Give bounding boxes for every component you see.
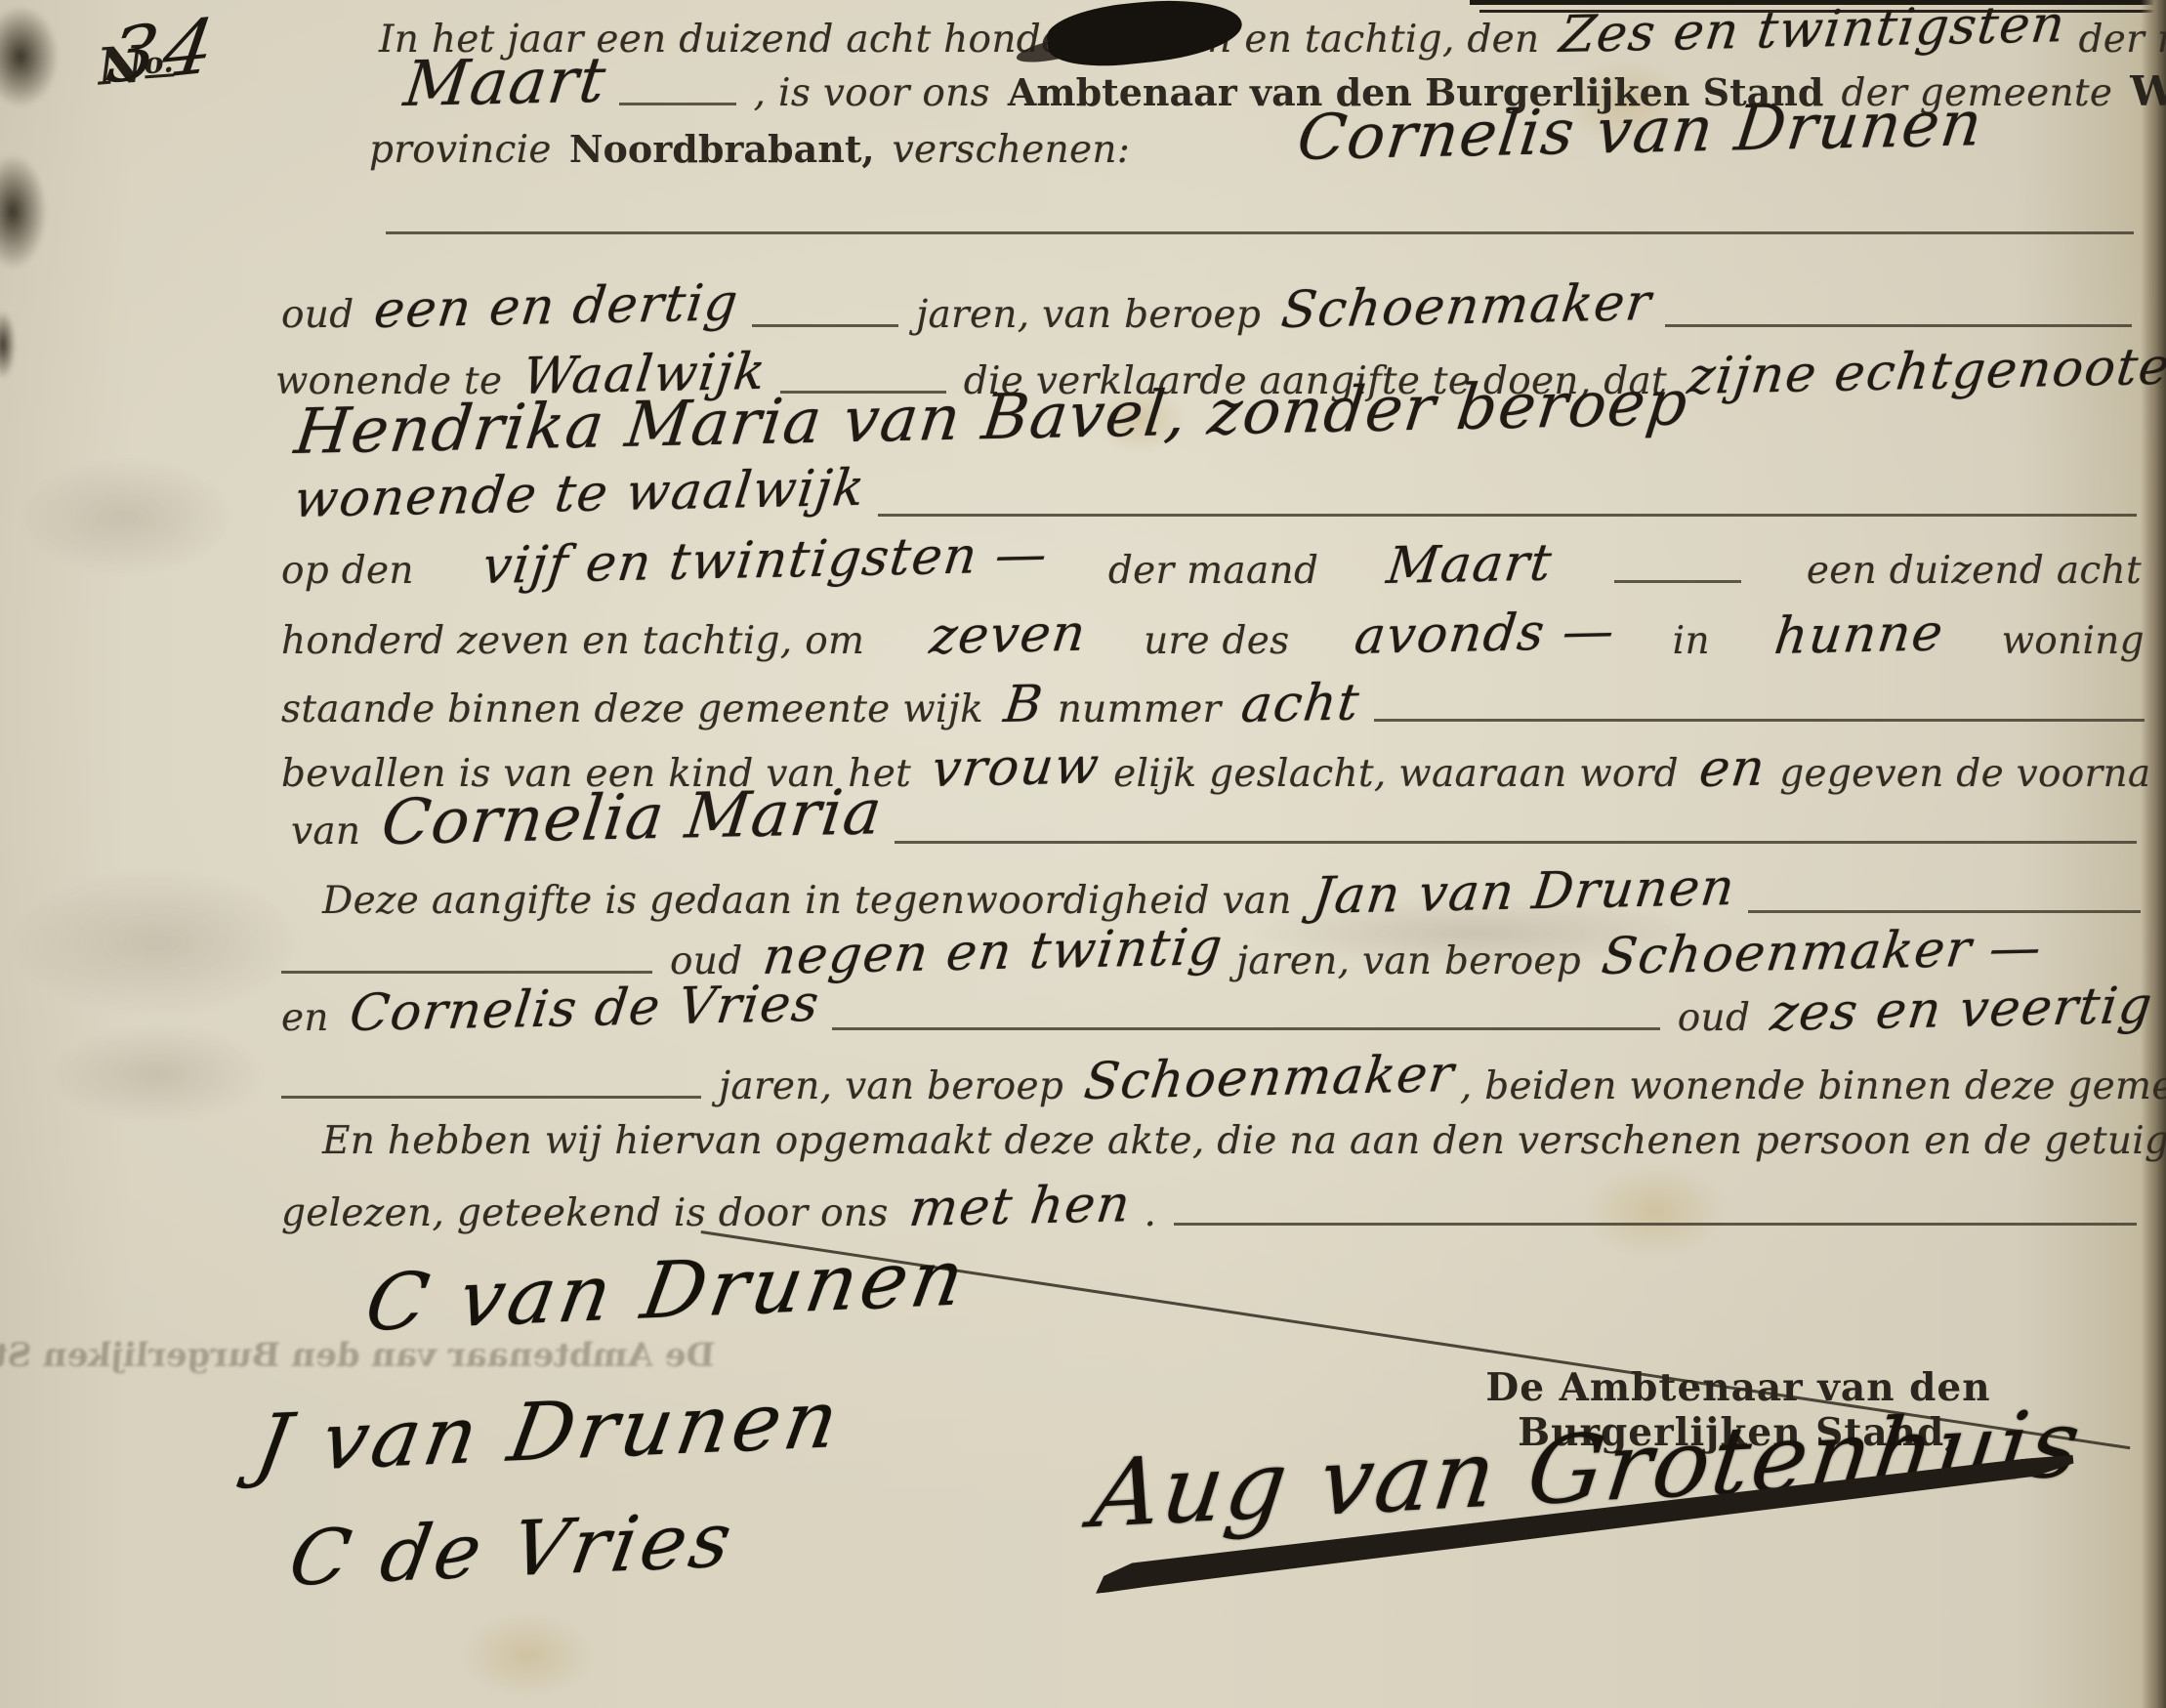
paper-stain (459, 1611, 596, 1699)
entry-whose-dwelling: hunne (1771, 604, 1947, 666)
act-line-birth-time: honderd zeven en tachtig, om zeven ure d… (281, 607, 2145, 666)
printed-oud-3: oud (1678, 996, 1750, 1040)
printed-wijk-phrase: staande binnen deze gemeente wijk (281, 687, 983, 731)
printed-oud: oud (281, 293, 354, 337)
printed-provincie: provincie (369, 128, 552, 172)
entry-mother-residence: wonende te waalwijk (291, 459, 869, 529)
entry-day-part: avonds — (1352, 602, 1619, 666)
entry-child-name: Cornelia Maria (378, 776, 887, 859)
signature-witness1: J van Drunen (249, 1373, 849, 1491)
baseline-rule (386, 231, 2134, 234)
printed-honderd-tachtig-om: honderd zeven en tachtig, om (281, 619, 864, 663)
entry-birth-month: Maart (1384, 533, 1556, 596)
act-line-witness2-occupation: jaren, van beroep Schoenmaker , beiden w… (281, 1053, 2151, 1111)
printed-jaren-van-beroep-2: jaren, van beroep (1236, 939, 1581, 983)
entry-house-number: acht (1238, 673, 1363, 734)
printed-een-duizend-acht: een duizend acht (1807, 549, 2142, 593)
printed-period: . (1144, 1191, 1156, 1235)
printed-closing-2: gelezen, geteekend is door ons (281, 1191, 889, 1235)
signature-declarant: C van Drunen (359, 1232, 975, 1349)
entry-witness1-occupation: Schoenmaker — (1599, 919, 2046, 986)
page-binding-edge (2141, 0, 2166, 1708)
entry-witness1-age: negen en twintig (760, 918, 1227, 986)
entry-met-hen: met hen (906, 1175, 1135, 1238)
blank-fill-line (1665, 318, 2132, 327)
act-line-witness1: Deze aangifte is gedaan in tegenwoordigh… (322, 867, 2141, 926)
edge-smudge (0, 154, 47, 270)
edge-smudge (0, 311, 16, 379)
act-line-closing-2: gelezen, geteekend is door ons met hen . (281, 1180, 2137, 1238)
entry-birth-day: vijf en twintigsten — (479, 525, 1052, 596)
bleedthrough-caption: De Ambtenaar van den Burgerlijken Sta (89, 1336, 717, 1375)
bleedthrough-ghost (20, 459, 234, 576)
signature-witness2: C de Vries (283, 1496, 741, 1604)
bleedthrough-ghost (49, 1025, 264, 1123)
entry-witness2-age: zes en veertig (1768, 977, 2156, 1043)
blank-fill-line (619, 97, 736, 105)
act-line-witness1-age: oud negen en twintig jaren, van beroep S… (281, 928, 2142, 986)
act-line-province-declarant: provincie Noordbrabant, verschenen: Corn… (369, 105, 2122, 178)
act-line-witness2: en Cornelis de Vries oud zes en veertig (281, 984, 2148, 1043)
printed-nummer: nummer (1058, 687, 1222, 731)
printed-en: en (281, 996, 329, 1040)
act-line-closing-1: En hebben wij hiervan opgemaakt deze akt… (322, 1119, 2144, 1163)
entry-witness1-name: Jan van Drunen (1310, 858, 1738, 926)
entry-wijk-letter: B (1001, 675, 1047, 734)
act-line-mother-residence: wonende te waalwijk (291, 471, 2137, 529)
act-line-address: staande binnen deze gemeente wijk B numm… (281, 676, 2145, 734)
blank-fill-line (752, 318, 898, 327)
blank-fill-line (1174, 1217, 2137, 1226)
blank-fill-line (1614, 574, 1741, 583)
printed-van: van (291, 810, 360, 854)
blank-fill-line (878, 508, 2137, 517)
printed-verschenen: verschenen: (893, 128, 1131, 172)
printed-province-name: Noordbrabant, (569, 127, 875, 171)
blank-fill-line (281, 965, 652, 974)
entry-declarant-age: een en dertig (371, 273, 742, 340)
act-line-mother-name: Hendrika Maria van Bavel, zonder beroep (291, 396, 2137, 469)
blank-fill-line (281, 1090, 701, 1099)
printed-beiden-phrase: , beiden wonende binnen deze gemeente. (1460, 1064, 2166, 1108)
entry-witness2-name: Cornelis de Vries (347, 975, 823, 1043)
printed-op-den: op den (281, 549, 414, 593)
printed-tegenwoordigheid: Deze aangifte is gedaan in tegenwoordigh… (322, 879, 1292, 923)
printed-in: in (1673, 619, 1710, 663)
birth-certificate-scan: No. 34 In het jaar een duizend acht hond… (0, 0, 2166, 1708)
printed-woning: woning (2002, 619, 2145, 663)
act-line-birth-date: op den vijf en twintigsten — der maand M… (281, 537, 2142, 596)
entry-birth-hour: zeven (927, 604, 1090, 666)
blank-fill-line (832, 1021, 1660, 1030)
printed-ure-des: ure des (1144, 619, 1289, 663)
blank-fill-line (895, 835, 2137, 844)
printed-jaren-van-beroep: jaren, van beroep (916, 293, 1261, 337)
act-line-declarant-age: oud een en dertig jaren, van beroep Scho… (281, 281, 2132, 340)
entry-witness2-occupation: Schoenmaker (1081, 1045, 1458, 1111)
act-line-child-name: van Cornelia Maria (291, 787, 2137, 859)
act-number-value: 34 (102, 2, 225, 101)
printed-jaren-van-beroep-3: jaren, van beroep (719, 1064, 1063, 1108)
printed-der-maand-2: der maand (1108, 549, 1318, 593)
blank-fill-line (1374, 713, 2145, 722)
bleedthrough-ghost (10, 869, 303, 1016)
edge-smudge (0, 6, 59, 107)
entry-declarant-occupation: Schoenmaker (1278, 273, 1655, 340)
printed-municipality-name: WAALWIJK, (2130, 67, 2166, 115)
printed-closing-1: En hebben wij hiervan opgemaakt deze akt… (322, 1119, 2166, 1163)
blank-fill-line (1748, 904, 2141, 913)
